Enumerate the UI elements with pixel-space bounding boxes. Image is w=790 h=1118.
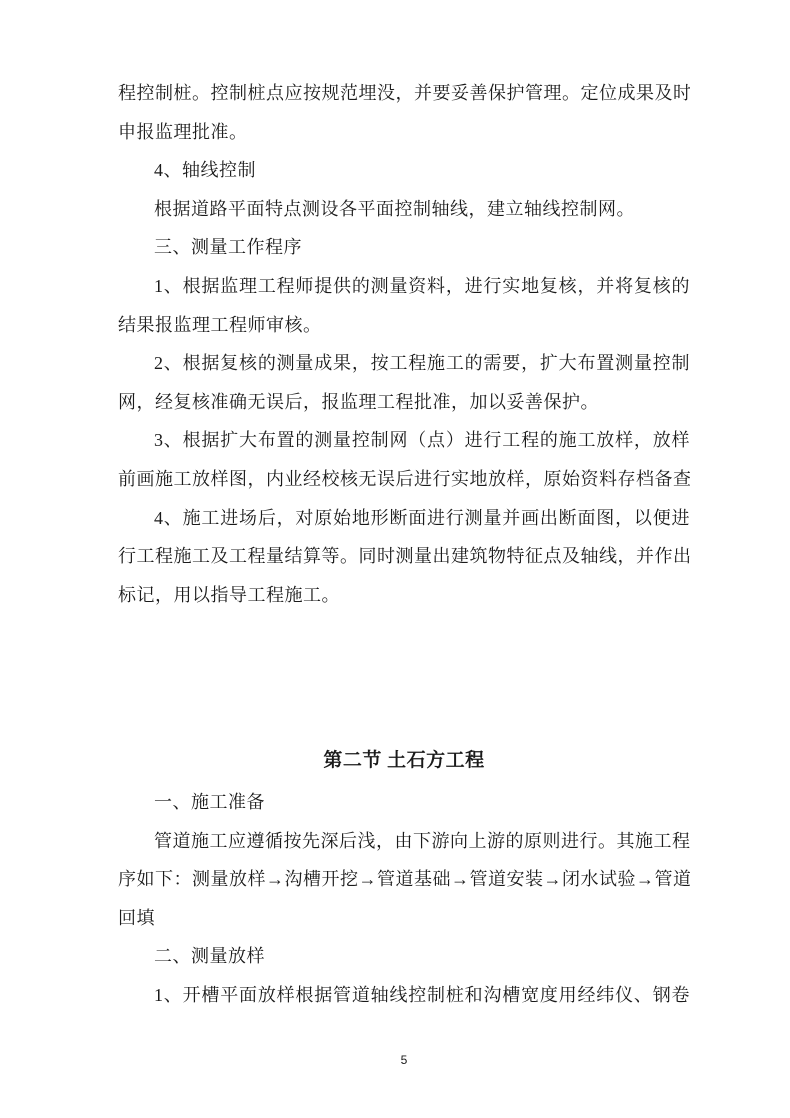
- text-line: 标记，用以指导工程施工。: [118, 576, 690, 615]
- text-line: 行工程施工及工程量结算等。同时测量出建筑物特征点及轴线，并作出: [118, 537, 690, 576]
- text-line: 4、轴线控制: [118, 151, 690, 190]
- text-line: 1、开槽平面放样根据管道轴线控制桩和沟槽宽度用经纬仪、钢卷: [118, 976, 690, 1015]
- text-line: 申报监理批准。: [118, 113, 690, 152]
- text-line: 序如下：测量放样→沟槽开挖→管道基础→管道安装→闭水试验→管道: [118, 860, 690, 899]
- page-number: 5: [118, 1050, 690, 1070]
- text-line: 一、施工准备: [118, 783, 690, 822]
- text-line: 2、根据复核的测量成果，按工程施工的需要，扩大布置测量控制: [118, 344, 690, 383]
- text-line: 根据道路平面特点测设各平面控制轴线，建立轴线控制网。: [118, 190, 690, 229]
- text-line: 3、根据扩大布置的测量控制网（点）进行工程的施工放样，放样: [118, 421, 690, 460]
- text-block-section: 一、施工准备管道施工应遵循按先深后浅，由下游向上游的原则进行。其施工程序如下：测…: [118, 783, 690, 1015]
- page-content: 程控制桩。控制桩点应按规范埋没，并要妥善保护管理。定位成果及时申报监理批准。4、…: [0, 0, 790, 1014]
- text-line: 回填: [118, 899, 690, 938]
- text-block-continued: 程控制桩。控制桩点应按规范埋没，并要妥善保护管理。定位成果及时申报监理批准。4、…: [118, 74, 690, 614]
- text-line: 程控制桩。控制桩点应按规范埋没，并要妥善保护管理。定位成果及时: [118, 74, 690, 113]
- text-line: 二、测量放样: [118, 937, 690, 976]
- text-line: 4、施工进场后，对原始地形断面进行测量并画出断面图，以便进: [118, 499, 690, 538]
- text-line: 结果报监理工程师审核。: [118, 306, 690, 345]
- text-line: 1、根据监理工程师提供的测量资料，进行实地复核，并将复核的: [118, 267, 690, 306]
- text-line: 网，经复核准确无误后，报监理工程批准，加以妥善保护。: [118, 383, 690, 422]
- text-line: 三、测量工作程序: [118, 228, 690, 267]
- section-heading: 第二节 土石方工程: [118, 742, 690, 781]
- text-line: 管道施工应遵循按先深后浅，由下游向上游的原则进行。其施工程: [118, 822, 690, 861]
- document-page: 程控制桩。控制桩点应按规范埋没，并要妥善保护管理。定位成果及时申报监理批准。4、…: [0, 0, 790, 1118]
- text-line: 前画施工放样图，内业经校核无误后进行实地放样，原始资料存档备查。: [118, 460, 690, 499]
